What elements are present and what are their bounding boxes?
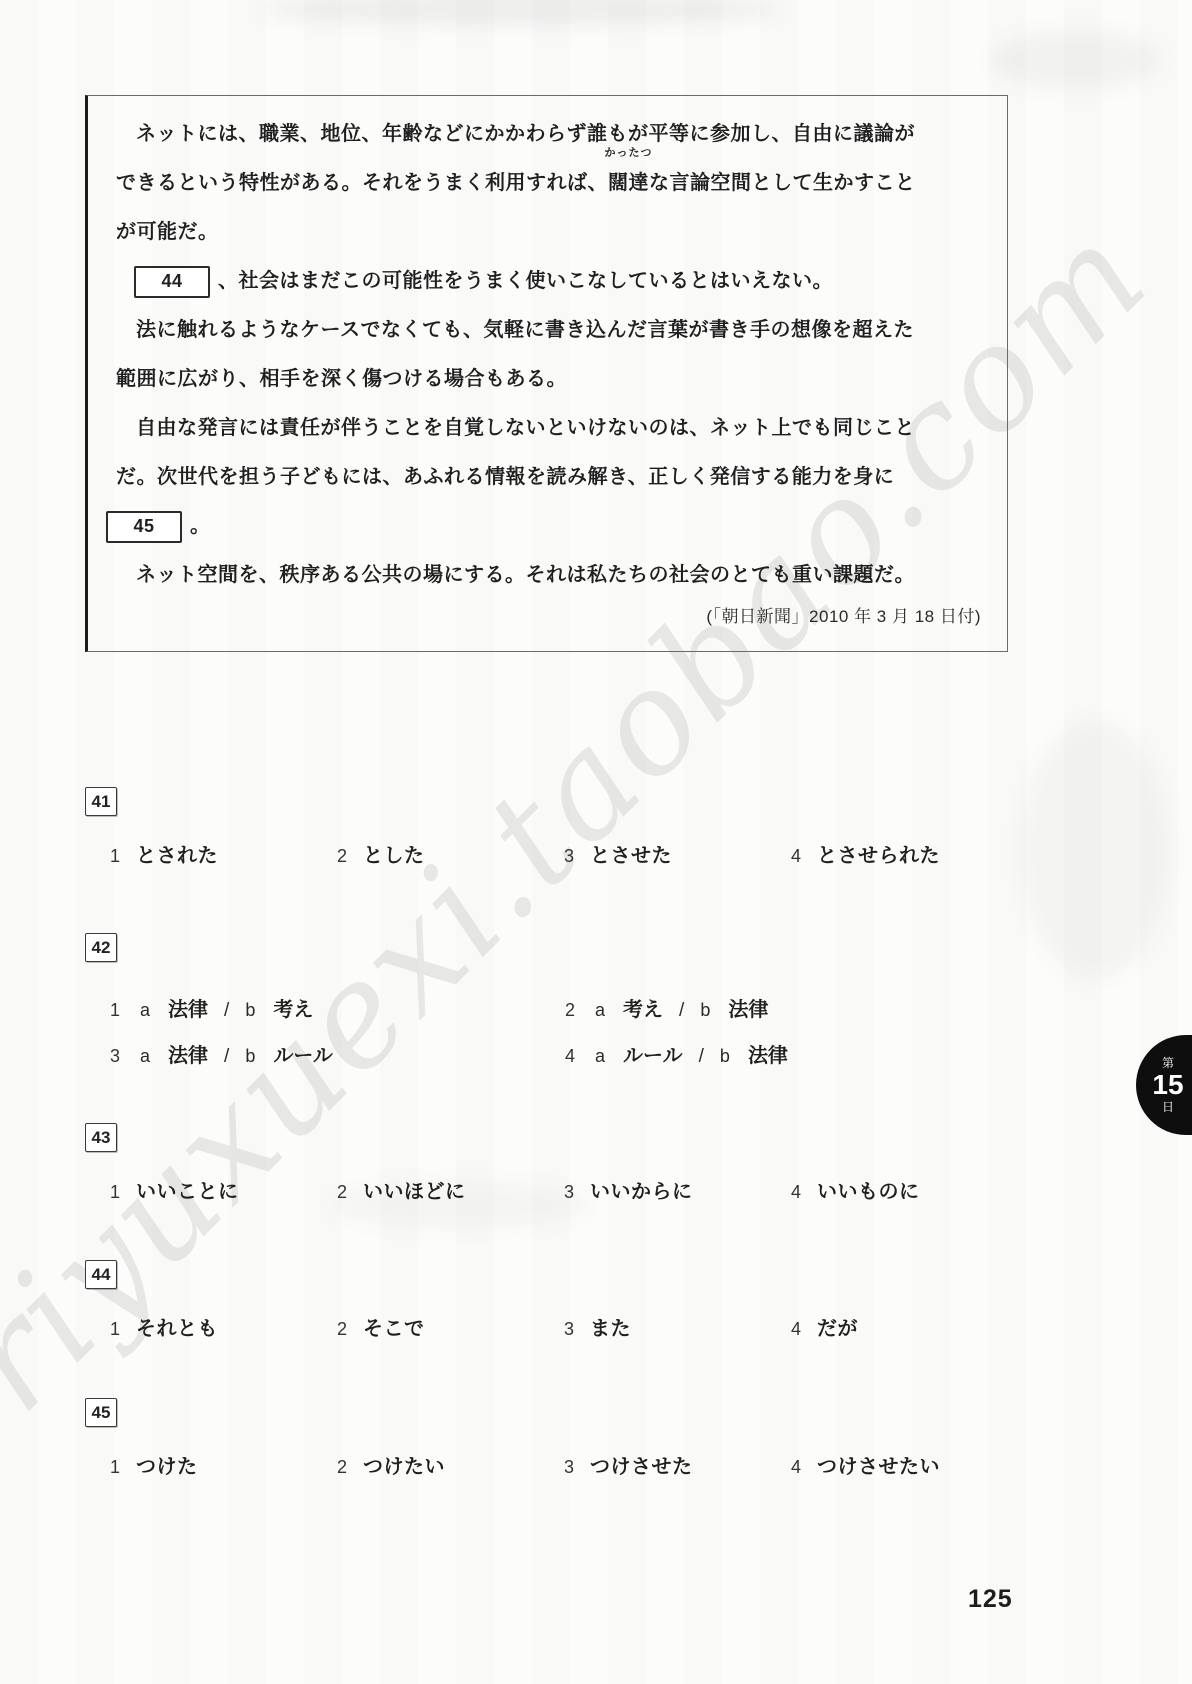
passage-line: が可能だ。 — [116, 208, 983, 257]
options-row: 1いいことに 2いいほどに 3いいからに 4いいものに — [110, 1175, 1035, 1204]
term-a: 考え — [623, 993, 663, 1022]
page: { "page": { "number": "125", "watermark"… — [0, 0, 1192, 1684]
option-text: いいものに — [817, 1175, 920, 1204]
passage-text: ネット空間を、秩序ある公共の場にする。それは私たちの社会のとても重い課題だ。 — [136, 564, 915, 586]
option-number: 2 — [565, 1000, 575, 1021]
option-4: 4つけさせたい — [791, 1450, 940, 1479]
passage-box: ネットには、職業、地位、年齢などにかかわらず誰もが平等に参加し、自由に議論が で… — [85, 95, 1008, 652]
option-text: とさせられた — [817, 839, 940, 868]
option-number: 1 — [110, 1457, 120, 1478]
passage-text: 法に触れるようなケースでなくても、気軽に書き込んだ言葉が書き手の想像を超えた — [136, 319, 914, 341]
option-text: つけさせた — [590, 1450, 693, 1479]
passage-line: 45。 — [116, 502, 983, 551]
option-3: 3また — [564, 1312, 791, 1341]
passage-text: できるという特性がある。それをうまく利用すれば、 — [116, 172, 608, 194]
page-number: 125 — [968, 1585, 1013, 1614]
passage-line: できるという特性がある。それをうまく利用すれば、かったつ闊達な言論空間として生か… — [116, 159, 983, 208]
question-number-box: 43 — [85, 1123, 117, 1152]
option-number: 3 — [564, 1457, 574, 1478]
option-3: 3いいからに — [564, 1175, 791, 1204]
slash: / — [224, 1000, 229, 1022]
option-4: 4だが — [791, 1312, 858, 1341]
option-number: 3 — [564, 1319, 574, 1340]
question-44: 44 1それとも 2そこで 3また 4だが — [85, 1260, 1035, 1341]
option-4: 4とさせられた — [791, 839, 940, 868]
options-row: 1a法律/b考え 2a考え/b法律 — [110, 984, 1035, 1030]
passage-content: ネットには、職業、地位、年齢などにかかわらず誰もが平等に参加し、自由に議論が で… — [88, 96, 1007, 634]
options-row: 1とされた 2とした 3とさせた 4とさせられた — [110, 839, 1035, 868]
question-number-box: 45 — [85, 1398, 117, 1427]
question-number-box: 41 — [85, 787, 117, 816]
options-row: 3a法律/bルール 4aルール/b法律 — [110, 1030, 1035, 1076]
scan-smudge — [1020, 720, 1170, 980]
option-number: 1 — [110, 1319, 120, 1340]
option-2: 2つけたい — [337, 1450, 564, 1479]
options-grid: 1a法律/b考え 2a考え/b法律 3a法律/bルール 4aルール/b法律 — [110, 984, 1035, 1076]
option-3: 3とさせた — [564, 839, 791, 868]
label-b: b — [245, 1046, 255, 1067]
label-a: a — [595, 1000, 605, 1021]
option-1: 1つけた — [110, 1450, 337, 1479]
option-number: 2 — [337, 846, 347, 867]
term-a: 法律 — [168, 1039, 208, 1068]
option-text: だが — [817, 1312, 858, 1341]
passage-text: 範囲に広がり、相手を深く傷つける場合もある。 — [116, 368, 567, 390]
day-tab-number: 15 — [1152, 1070, 1183, 1099]
term-b: 法律 — [748, 1039, 788, 1068]
slash: / — [699, 1046, 704, 1068]
source-citation: (「朝日新聞」2010 年 3 月 18 日付) — [116, 600, 983, 634]
scan-smudge — [990, 30, 1160, 90]
slash: / — [224, 1046, 229, 1068]
option-number: 3 — [110, 1046, 120, 1067]
passage-line: だ。次世代を担う子どもには、あふれる情報を読み解き、正しく発信する能力を身に — [116, 453, 983, 502]
label-b: b — [245, 1000, 255, 1021]
option-2: 2とした — [337, 839, 564, 868]
option-text: また — [590, 1312, 631, 1341]
option-text: いいことに — [136, 1175, 239, 1204]
ruby-base: 闊達 — [608, 172, 649, 194]
day-tab-prefix: 第 — [1162, 1056, 1174, 1070]
option-text: とされた — [136, 839, 218, 868]
label-a: a — [595, 1046, 605, 1067]
options-row: 1つけた 2つけたい 3つけさせた 4つけさせたい — [110, 1450, 1035, 1479]
option-3: 3a法律/bルール — [110, 1039, 565, 1068]
option-text: それとも — [136, 1312, 218, 1341]
question-45: 45 1つけた 2つけたい 3つけさせた 4つけさせたい — [85, 1398, 1035, 1479]
option-text: とさせた — [590, 839, 672, 868]
option-number: 2 — [337, 1182, 347, 1203]
slash: / — [679, 1000, 684, 1022]
label-b: b — [720, 1046, 730, 1067]
term-a: ルール — [623, 1039, 683, 1068]
option-3: 3つけさせた — [564, 1450, 791, 1479]
label-a: a — [140, 1046, 150, 1067]
option-2: 2そこで — [337, 1312, 564, 1341]
passage-line: 44、社会はまだこの可能性をうまく使いこなしているとはいえない。 — [116, 257, 983, 306]
option-number: 4 — [791, 1182, 801, 1203]
question-42: 42 1a法律/b考え 2a考え/b法律 3a法律/bルール 4aルール/b法律 — [85, 933, 1035, 1076]
option-number: 4 — [791, 1457, 801, 1478]
option-number: 2 — [337, 1457, 347, 1478]
option-number: 4 — [791, 1319, 801, 1340]
option-text: いいからに — [590, 1175, 693, 1204]
option-number: 3 — [564, 846, 574, 867]
option-2: 2いいほどに — [337, 1175, 564, 1204]
option-number: 2 — [337, 1319, 347, 1340]
passage-line: ネットには、職業、地位、年齢などにかかわらず誰もが平等に参加し、自由に議論が — [116, 110, 983, 159]
option-number: 4 — [791, 846, 801, 867]
option-number: 4 — [565, 1046, 575, 1067]
passage-text: な言論空間として生かすこと — [649, 172, 916, 194]
option-text: つけたい — [363, 1450, 445, 1479]
blank-box-44: 44 — [134, 266, 210, 298]
option-number: 1 — [110, 846, 120, 867]
blank-box-45: 45 — [106, 511, 182, 543]
passage-line: 法に触れるようなケースでなくても、気軽に書き込んだ言葉が書き手の想像を超えた — [116, 306, 983, 355]
options-row: 1それとも 2そこで 3また 4だが — [110, 1312, 1035, 1341]
option-1: 1いいことに — [110, 1175, 337, 1204]
term-a: 法律 — [168, 993, 208, 1022]
ruby-word: かったつ闊達 — [608, 159, 649, 208]
term-b: 法律 — [728, 993, 768, 1022]
day-tab: 第 15 日 — [1136, 1035, 1192, 1135]
furigana: かったつ — [605, 148, 653, 159]
passage-line: ネット空間を、秩序ある公共の場にする。それは私たちの社会のとても重い課題だ。 — [116, 551, 983, 600]
passage-text: ネットには、職業、地位、年齢などにかかわらず誰もが平等に参加し、自由に議論が — [136, 123, 915, 145]
option-1: 1それとも — [110, 1312, 337, 1341]
passage-text: 、社会はまだこの可能性をうまく使いこなしているとはいえない。 — [218, 270, 833, 292]
passage-text: 。 — [190, 515, 211, 537]
term-b: 考え — [273, 993, 313, 1022]
option-1: 1a法律/b考え — [110, 993, 565, 1022]
scan-smudge — [260, 0, 780, 26]
option-number: 3 — [564, 1182, 574, 1203]
passage-text: が可能だ。 — [116, 221, 219, 243]
day-tab-suffix: 日 — [1162, 1100, 1174, 1114]
option-2: 2a考え/b法律 — [565, 993, 1020, 1022]
label-b: b — [700, 1000, 710, 1021]
passage-text: だ。次世代を担う子どもには、あふれる情報を読み解き、正しく発信する能力を身に — [116, 466, 894, 488]
passage-text: 自由な発言には責任が伴うことを自覚しないといけないのは、ネット上でも同じこと — [136, 417, 915, 439]
option-4: 4aルール/b法律 — [565, 1039, 1020, 1068]
option-4: 4いいものに — [791, 1175, 920, 1204]
question-43: 43 1いいことに 2いいほどに 3いいからに 4いいものに — [85, 1123, 1035, 1204]
label-a: a — [140, 1000, 150, 1021]
option-number: 1 — [110, 1182, 120, 1203]
option-text: いいほどに — [363, 1175, 466, 1204]
option-number: 1 — [110, 1000, 120, 1021]
question-number-box: 42 — [85, 933, 117, 962]
passage-line: 自由な発言には責任が伴うことを自覚しないといけないのは、ネット上でも同じこと — [116, 404, 983, 453]
question-number-box: 44 — [85, 1260, 117, 1289]
option-text: つけた — [136, 1450, 198, 1479]
passage-line: 範囲に広がり、相手を深く傷つける場合もある。 — [116, 355, 983, 404]
option-text: つけさせたい — [817, 1450, 940, 1479]
option-text: とした — [363, 839, 425, 868]
option-text: そこで — [363, 1312, 425, 1341]
term-b: ルール — [273, 1039, 333, 1068]
question-41: 41 1とされた 2とした 3とさせた 4とさせられた — [85, 787, 1035, 868]
option-1: 1とされた — [110, 839, 337, 868]
